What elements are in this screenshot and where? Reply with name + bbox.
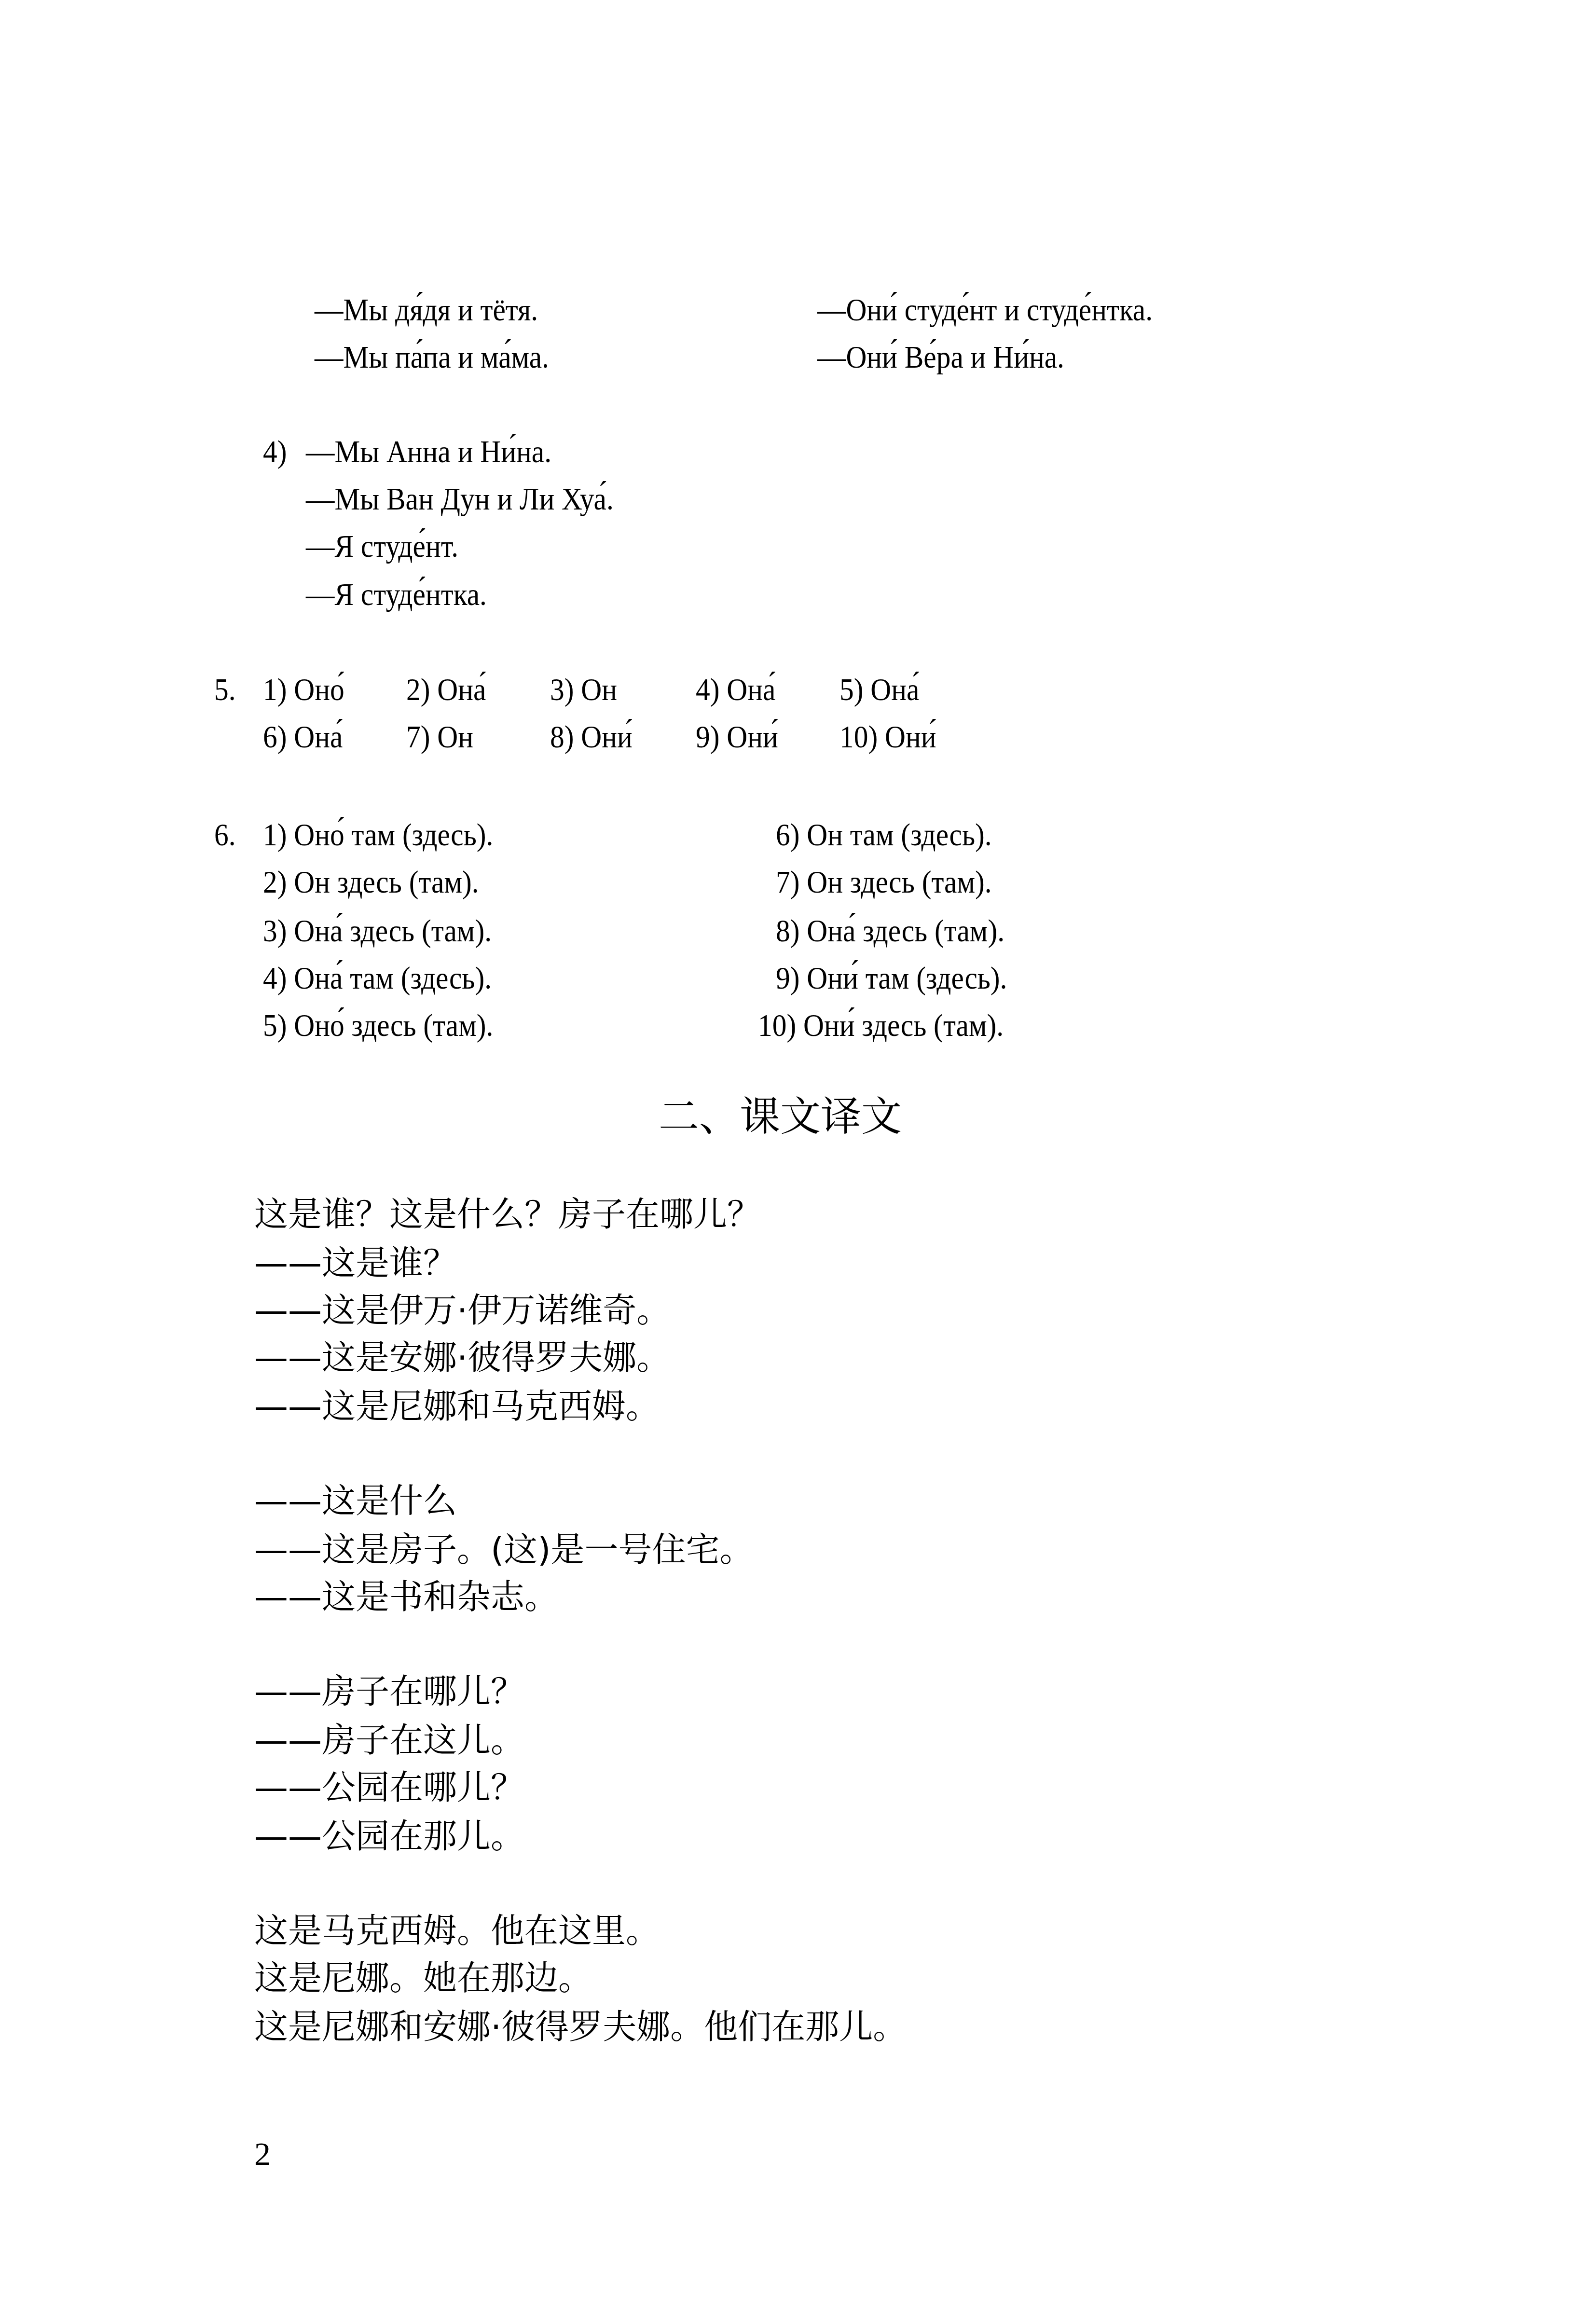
translation-line: ——这是房子。(这)是一号住宅。 [254, 1533, 754, 1567]
answer: 4) Она́ там (здесь). [263, 963, 492, 994]
translation-line: ——这是伊万·伊万诺维奇。 [254, 1294, 670, 1327]
answer: 3) Он [550, 674, 617, 706]
translation-line: 这是尼娜。她在那边。 [254, 1961, 592, 1995]
answer: 8) Они́ [550, 721, 633, 753]
translation-line: 这是尼娜和安娜·彼得罗夫娜。他们在那儿。 [254, 2010, 907, 2044]
translation-line: ——公园在哪儿？ [254, 1771, 524, 1804]
dialogue-line: —Мы дя́дя и тётя. [315, 294, 538, 326]
answer: 5) Она́ [839, 674, 919, 706]
answer: 7) Он [406, 721, 473, 753]
answer: 2) Он здесь (там). [263, 867, 479, 898]
answer: 9) Они́ [696, 721, 778, 753]
dialogue-line: —Они́ Ве́ра и Ни́на. [817, 342, 1064, 373]
dialogue-line: —Мы па́па и ма́ма. [315, 342, 549, 373]
translation-line: ——这是安娜·彼得罗夫娜。 [254, 1341, 670, 1375]
translation-title: 这是谁？这是什么？房子在哪儿？ [254, 1198, 761, 1231]
translation-line: ——公园在那儿。 [254, 1819, 524, 1853]
answer: 8) Она́ здесь (там). [776, 915, 1004, 947]
translation-line: ——房子在哪儿？ [254, 1675, 524, 1708]
answer: 6) Он там (здесь). [776, 819, 992, 851]
dialogue-line: —Они́ студе́нт и студе́нтка. [817, 294, 1153, 326]
dialogue-line: —Я студе́нтка. [306, 579, 487, 611]
answer: 1) Оно́ [263, 674, 344, 706]
exercise-number: 6. [214, 819, 236, 851]
dialogue-line: —Мы Анна и Ни́на. [306, 436, 551, 468]
translation-line: ——房子在这儿。 [254, 1723, 524, 1757]
exercise-number: 5. [214, 674, 236, 706]
answer: 10) Они́ здесь (там). [758, 1010, 1004, 1042]
answer: 6) Она́ [263, 721, 343, 753]
translation-line: 这是马克西姆。他在这里。 [254, 1914, 660, 1948]
answer: 5) Оно́ здесь (там). [263, 1010, 493, 1042]
dialogue-line: —Мы Ван Дун и Ли Хуа́. [306, 483, 614, 515]
answer: 10) Они́ [839, 721, 936, 753]
section-heading: 二、课文译文 [659, 1096, 902, 1137]
translation-line: ——这是什么 [254, 1484, 457, 1518]
dialogue-line: —Я студе́нт. [306, 531, 458, 563]
item-label: 4) [263, 436, 287, 468]
translation-line: ——这是谁？ [254, 1246, 457, 1280]
translation-line: ——这是书和杂志。 [254, 1580, 558, 1614]
answer: 3) Она́ здесь (там). [263, 915, 492, 947]
answer: 9) Они́ там (здесь). [776, 963, 1007, 994]
answer: 2) Она́ [406, 674, 486, 706]
answer: 1) Оно́ там (здесь). [263, 819, 493, 851]
translation-line: ——这是尼娜和马克西姆。 [254, 1390, 660, 1423]
page-number: 2 [254, 2137, 271, 2170]
answer: 7) Он здесь (там). [776, 867, 992, 898]
answer: 4) Она́ [696, 674, 775, 706]
